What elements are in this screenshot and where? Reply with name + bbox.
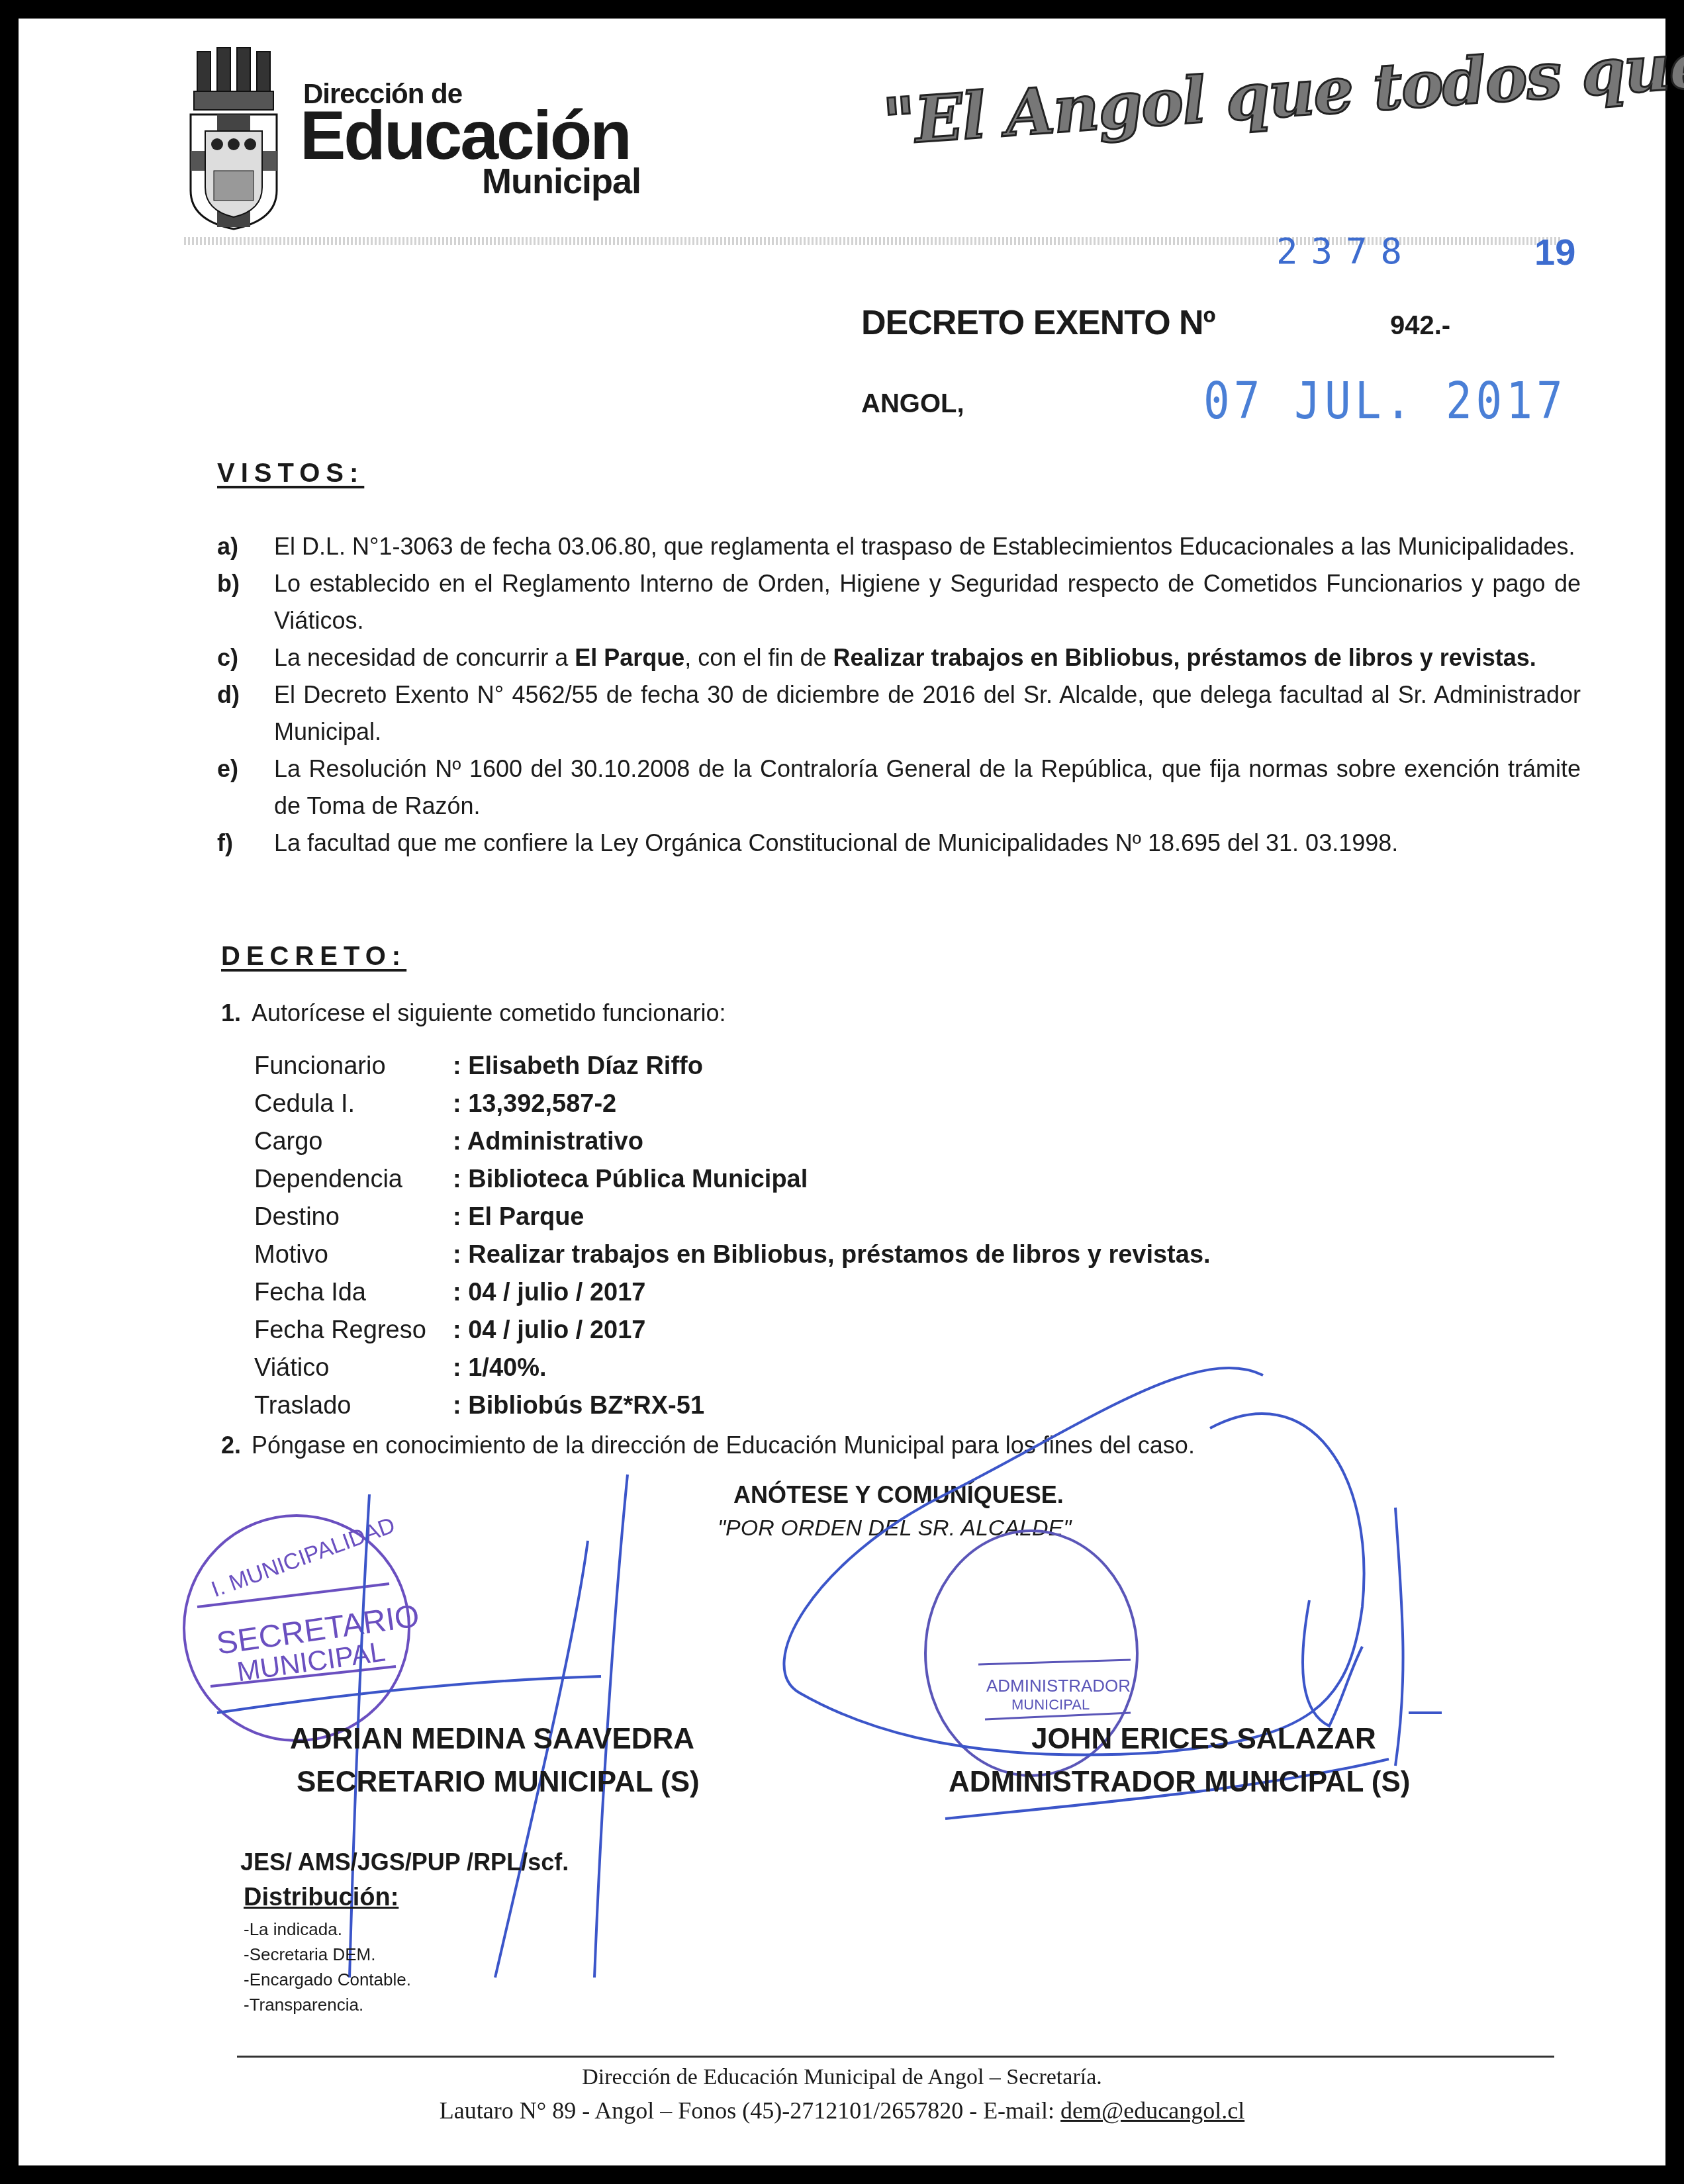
closing-anotese: ANÓTESE Y COMUNÍQUESE. bbox=[733, 1481, 1064, 1509]
signatory-1-name: ADRIAN MEDINA SAAVEDRA bbox=[290, 1723, 694, 1756]
registry-stamp-mark: 19 bbox=[1534, 230, 1575, 273]
detail-row: Funcionario: Elisabeth Díaz Riffo bbox=[254, 1048, 1211, 1085]
email-link[interactable]: dem@educangol.cl bbox=[1060, 2097, 1244, 2124]
decree-document: Dirección de Educación Municipal "El Ang… bbox=[19, 19, 1665, 2165]
detail-row: Destino: El Parque bbox=[254, 1199, 1211, 1236]
svg-text:ADMINISTRADOR: ADMINISTRADOR bbox=[986, 1676, 1131, 1696]
date-stamp: 07 JUL. 2017 bbox=[1203, 372, 1567, 431]
decree-place: ANGOL, bbox=[861, 389, 964, 419]
vistos-item: a)El D.L. N°1-3063 de fecha 03.06.80, qu… bbox=[217, 528, 1581, 565]
closing-orden: "POR ORDEN DEL SR. ALCALDE" bbox=[718, 1516, 1071, 1541]
signatory-2-name: JOHN ERICES SALAZAR bbox=[1031, 1723, 1376, 1756]
detail-row: Fecha Regreso: 04 / julio / 2017 bbox=[254, 1312, 1211, 1349]
detail-row: Traslado: Bibliobús BZ*RX-51 bbox=[254, 1387, 1211, 1425]
distribution-heading: Distribución: bbox=[244, 1884, 398, 1912]
detail-row: Cargo: Administrativo bbox=[254, 1123, 1211, 1161]
brand-line-3: Municipal bbox=[482, 161, 641, 202]
signatory-1-title: SECRETARIO MUNICIPAL (S) bbox=[297, 1766, 700, 1799]
svg-text:I. MUNICIPALIDAD: I. MUNICIPALIDAD bbox=[208, 1512, 398, 1602]
detail-row: Cedula I.: 13,392,587-2 bbox=[254, 1085, 1211, 1123]
detail-row: Dependencia: Biblioteca Pública Municipa… bbox=[254, 1161, 1211, 1199]
vistos-item: e)La Resolución Nº 1600 del 30.10.2008 d… bbox=[217, 751, 1581, 825]
decreto-heading: DECRETO: bbox=[221, 942, 406, 972]
vistos-item: b)Lo establecido en el Reglamento Intern… bbox=[217, 565, 1581, 639]
distribution-list: -La indicada. -Secretaria DEM. -Encargad… bbox=[244, 1917, 411, 2017]
decreto-item-1: 1.Autorícese el siguiente cometido funci… bbox=[221, 999, 725, 1027]
signatory-2-title: ADMINISTRADOR MUNICIPAL (S) bbox=[949, 1766, 1410, 1799]
footer-contact: Lautaro N° 89 - Angol – Fonos (45)-27121… bbox=[19, 2097, 1665, 2124]
detail-row: Viático: 1/40%. bbox=[254, 1349, 1211, 1387]
decree-number: 942.- bbox=[1390, 311, 1450, 341]
svg-text:SECRETARIO: SECRETARIO bbox=[214, 1598, 422, 1661]
svg-text:MUNICIPAL: MUNICIPAL bbox=[235, 1635, 387, 1687]
vistos-item: c)La necesidad de concurrir a El Parque,… bbox=[217, 639, 1581, 676]
secretary-seal-icon: SECRETARIO MUNICIPAL I. MUNICIPALIDAD bbox=[184, 1512, 422, 1741]
svg-text:MUNICIPAL: MUNICIPAL bbox=[1011, 1696, 1090, 1713]
registry-stamp-number: 2378 bbox=[1276, 230, 1415, 272]
vistos-heading: VISTOS: bbox=[217, 459, 364, 488]
vistos-item: d)El Decreto Exento N° 4562/55 de fecha … bbox=[217, 676, 1581, 751]
commission-details: Funcionario: Elisabeth Díaz Riffo Cedula… bbox=[254, 1048, 1211, 1425]
footer-divider bbox=[237, 2056, 1554, 2058]
distribution-item: -La indicada. bbox=[244, 1917, 411, 1942]
distribution-item: -Secretaria DEM. bbox=[244, 1942, 411, 1967]
distribution-item: -Encargado Contable. bbox=[244, 1967, 411, 1992]
decree-title: DECRETO EXENTO Nº bbox=[861, 303, 1215, 343]
municipal-crest-icon bbox=[184, 45, 283, 230]
detail-row: Fecha Ida: 04 / julio / 2017 bbox=[254, 1274, 1211, 1312]
slogan: "El Angol que todos queremos..." bbox=[880, 6, 1684, 159]
footer-office: Dirección de Educación Municipal de Ango… bbox=[19, 2065, 1665, 2090]
detail-row: Motivo: Realizar trabajos en Bibliobus, … bbox=[254, 1236, 1211, 1274]
distribution-item: -Transparencia. bbox=[244, 1992, 411, 2017]
decreto-item-2: 2.Póngase en conocimiento de la direcció… bbox=[221, 1432, 1195, 1459]
vistos-list: a)El D.L. N°1-3063 de fecha 03.06.80, qu… bbox=[217, 528, 1581, 862]
vistos-item: f)La facultad que me confiere la Ley Org… bbox=[217, 825, 1581, 862]
initials: JES/ AMS/JGS/PUP /RPL/scf. bbox=[240, 1848, 569, 1876]
